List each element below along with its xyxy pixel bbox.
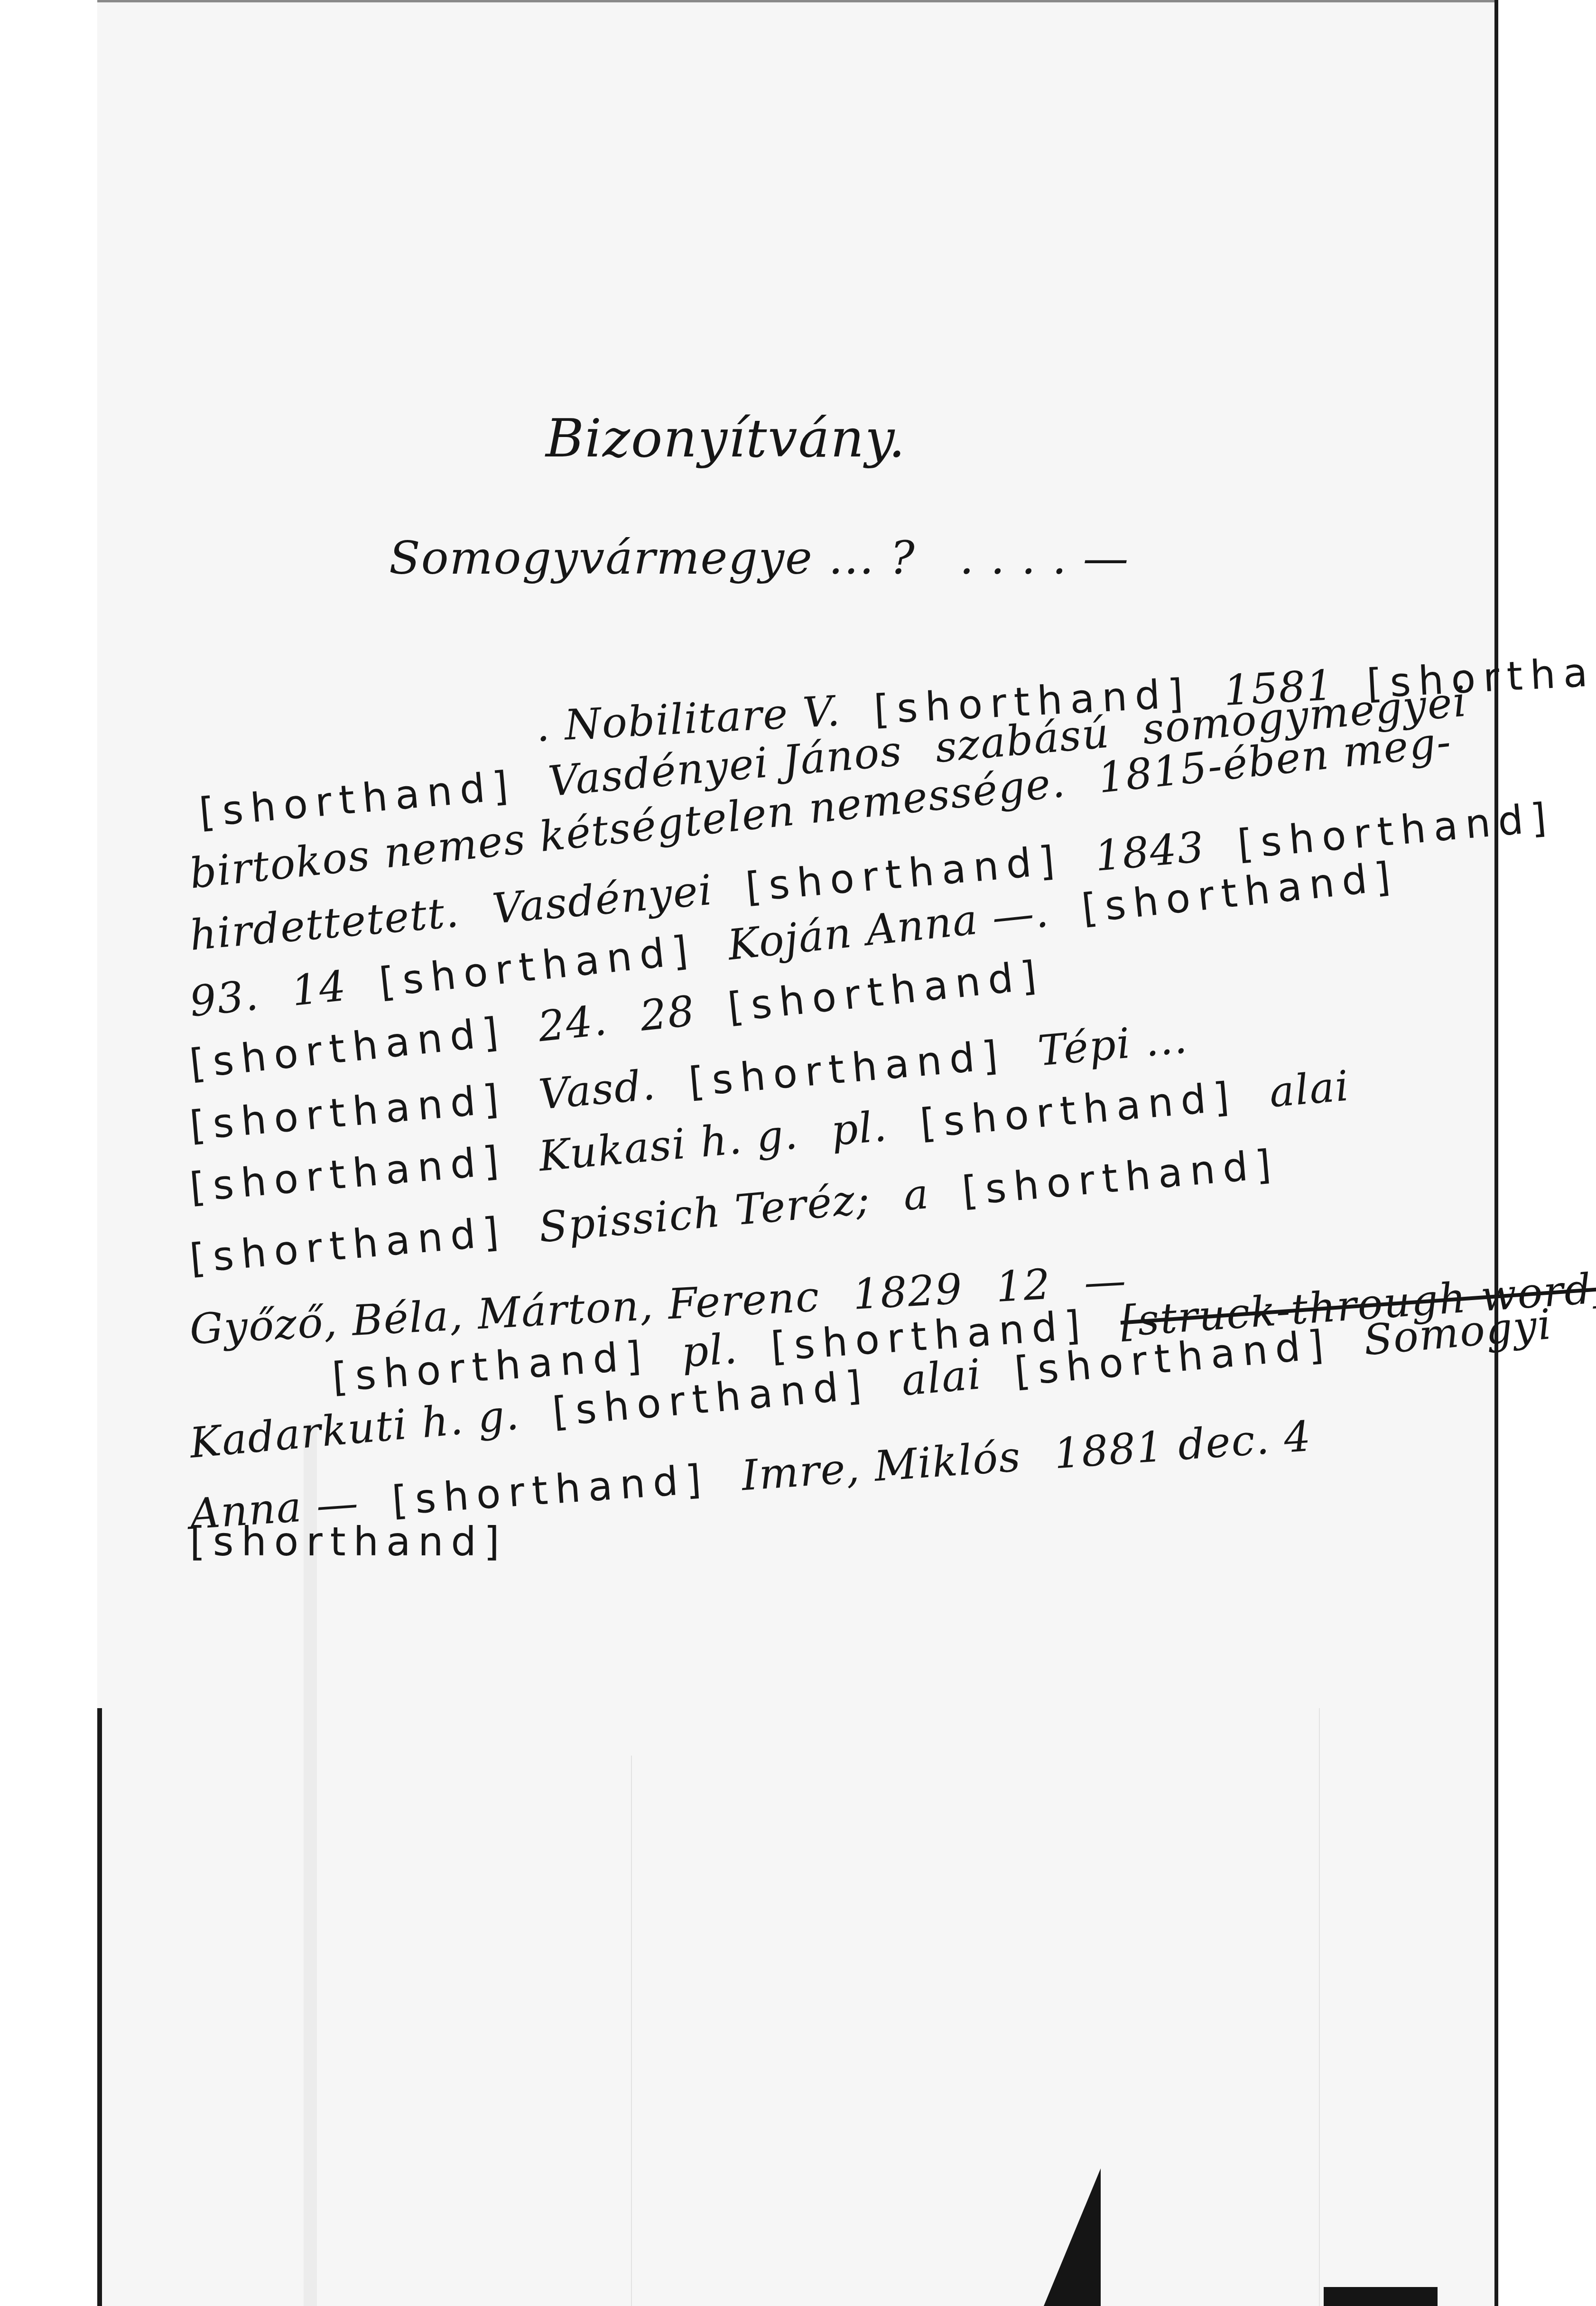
subtitle-text: Somogyvármegye ... ? (389, 531, 916, 585)
scan-top-edge (97, 0, 1497, 2)
manuscript-line-14: [shorthand] (190, 1518, 507, 1565)
paper-crease (631, 1756, 632, 2306)
paper-right-edge (1494, 0, 1498, 2306)
paper-tear (1044, 2168, 1101, 2306)
paper-crease (1319, 1708, 1320, 2306)
document-title: Bizonyítvány. (546, 408, 906, 469)
subtitle-dots: . . . . — (959, 531, 1129, 585)
paper-left-edge (97, 1708, 102, 2306)
document-subtitle: Somogyvármegye ... ? . . . . — (389, 531, 1129, 585)
paper-tear (1324, 2287, 1438, 2306)
